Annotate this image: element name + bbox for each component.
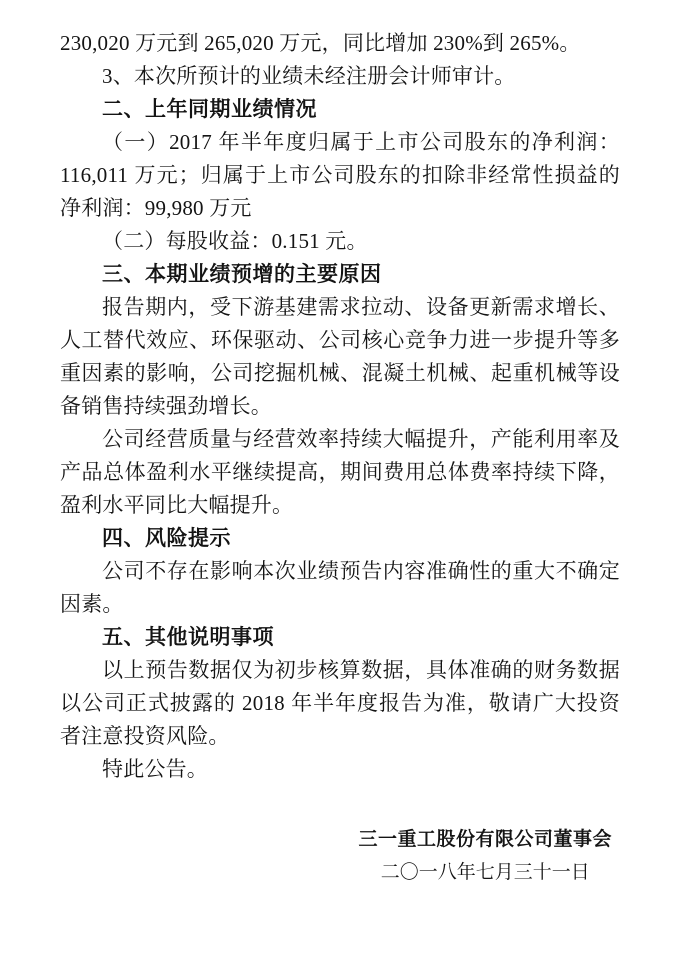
- section-3-paragraph-demand: 报告期内，受下游基建需求拉动、设备更新需求增长、人工替代效应、环保驱动、公司核心…: [60, 291, 620, 423]
- section-5-heading: 五、其他说明事项: [60, 621, 620, 654]
- signature-block: 三一重工股份有限公司董事会 二〇一八年七月三十一日: [60, 823, 620, 890]
- section-2-heading: 二、上年同期业绩情况: [60, 93, 620, 126]
- signature-inner: 三一重工股份有限公司董事会 二〇一八年七月三十一日: [358, 823, 612, 890]
- closing-statement: 特此公告。: [60, 753, 620, 786]
- section-5-paragraph-disclaimer: 以上预告数据仅为初步核算数据，具体准确的财务数据以公司正式披露的 2018 年半…: [60, 654, 620, 753]
- section-3-paragraph-efficiency: 公司经营质量与经营效率持续大幅提升，产能利用率及产品总体盈利水平继续提高，期间费…: [60, 423, 620, 522]
- section-3-heading: 三、本期业绩预增的主要原因: [60, 258, 620, 291]
- section-4-paragraph-risk: 公司不存在影响本次业绩预告内容准确性的重大不确定因素。: [60, 555, 620, 621]
- paragraph-audit-note: 3、本次所预计的业绩未经注册会计师审计。: [60, 60, 620, 93]
- section-2-paragraph-eps: （二）每股收益：0.151 元。: [60, 225, 620, 258]
- document-page: 230,020 万元到 265,020 万元，同比增加 230%到 265%。 …: [0, 0, 682, 966]
- section-2-paragraph-net-profit: （一）2017 年半年度归属于上市公司股东的净利润：116,011 万元；归属于…: [60, 126, 620, 225]
- paragraph-continuation: 230,020 万元到 265,020 万元，同比增加 230%到 265%。: [60, 27, 620, 60]
- section-4-heading: 四、风险提示: [60, 522, 620, 555]
- signature-date: 二〇一八年七月三十一日: [358, 856, 612, 890]
- signature-company-name: 三一重工股份有限公司董事会: [358, 823, 612, 856]
